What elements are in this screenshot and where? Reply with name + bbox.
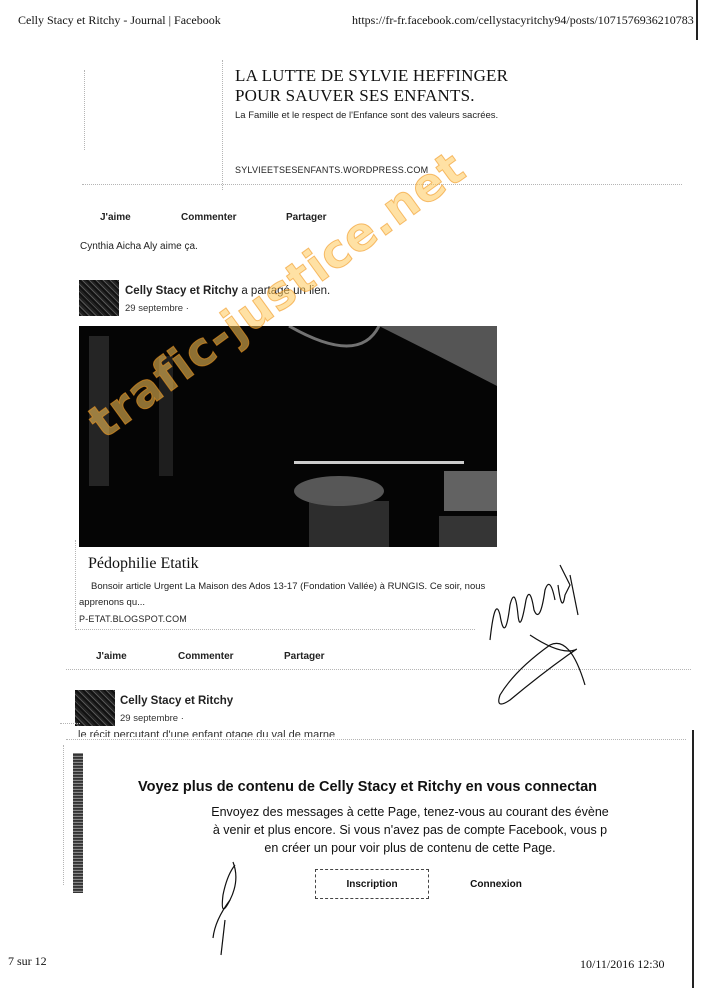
login-prompt-heading: Voyez plus de contenu de Celly Stacy et … [138, 779, 597, 795]
link-title-line: LA LUTTE DE SYLVIE HEFFINGER [235, 66, 535, 86]
comment-button[interactable]: Commenter [178, 651, 234, 662]
scan-edge-line [696, 0, 698, 40]
login-prompt-body: Envoyez des messages à cette Page, tenez… [180, 803, 640, 857]
post-actions: J'aime Commenter Partager [0, 212, 703, 226]
print-datetime: 10/11/2016 12:30 [580, 957, 665, 972]
link-preview-domain[interactable]: P-ETAT.BLOGSPOT.COM [79, 614, 187, 624]
post-date[interactable]: 29 septembre · [120, 713, 184, 724]
post-divider [66, 739, 686, 740]
post-header: Celly Stacy et Ritchy a partagé un lien. [125, 285, 330, 297]
author-name[interactable]: Celly Stacy et Ritchy [120, 695, 233, 707]
author-name[interactable]: Celly Stacy et Ritchy [125, 285, 238, 297]
login-button[interactable]: Connexion [440, 869, 552, 899]
like-button[interactable]: J'aime [100, 212, 131, 223]
avatar[interactable] [75, 690, 115, 726]
card-divider [75, 629, 475, 630]
document-title: Celly Stacy et Ritchy - Journal | Facebo… [18, 13, 221, 28]
share-button[interactable]: Partager [286, 212, 327, 223]
post-action-text: a partagé un lien. [238, 285, 330, 297]
card-border [75, 540, 76, 630]
handwritten-stamp-icon [470, 555, 600, 715]
link-preview-description: La Famille et le respect de l'Enfance so… [235, 109, 505, 122]
post-divider [60, 723, 80, 724]
card-border [84, 70, 85, 150]
card-divider [82, 184, 682, 185]
share-button[interactable]: Partager [284, 651, 325, 662]
likes-summary[interactable]: Cynthia Aicha Aly aime ça. [80, 241, 198, 252]
link-preview-description: Bonsoir article Urgent La Maison des Ado… [79, 579, 499, 611]
overlay-edge [73, 753, 83, 893]
scan-edge-line [692, 730, 694, 988]
like-button[interactable]: J'aime [96, 651, 127, 662]
post-date[interactable]: 29 septembre · [125, 303, 189, 314]
link-preview-image[interactable] [79, 326, 497, 547]
card-border [222, 60, 223, 190]
login-body-line: à venir et plus encore. Si vous n'avez p… [180, 821, 640, 839]
comment-button[interactable]: Commenter [181, 212, 237, 223]
page-number: 7 sur 12 [8, 954, 47, 969]
link-preview-title[interactable]: LA LUTTE DE SYLVIE HEFFINGER POUR SAUVER… [235, 66, 535, 106]
signature-icon [205, 860, 245, 960]
login-body-line: en créer un pour voir plus de contenu de… [180, 839, 640, 857]
overlay-border [63, 745, 64, 885]
document-url: https://fr-fr.facebook.com/cellystacyrit… [352, 13, 694, 28]
link-preview-title[interactable]: Pédophilie Etatik [88, 555, 199, 573]
link-title-line: POUR SAUVER SES ENFANTS. [235, 86, 535, 106]
link-preview-domain[interactable]: SYLVIEETSESENFANTS.WORDPRESS.COM [235, 165, 428, 175]
photo-content [79, 326, 497, 547]
signup-button[interactable]: Inscription [315, 869, 429, 899]
avatar[interactable] [79, 280, 119, 316]
login-body-line: Envoyez des messages à cette Page, tenez… [180, 803, 640, 821]
post-text: le récit percutant d'une enfant otage du… [78, 729, 335, 737]
link-description-text: Bonsoir article Urgent La Maison des Ado… [79, 581, 485, 608]
